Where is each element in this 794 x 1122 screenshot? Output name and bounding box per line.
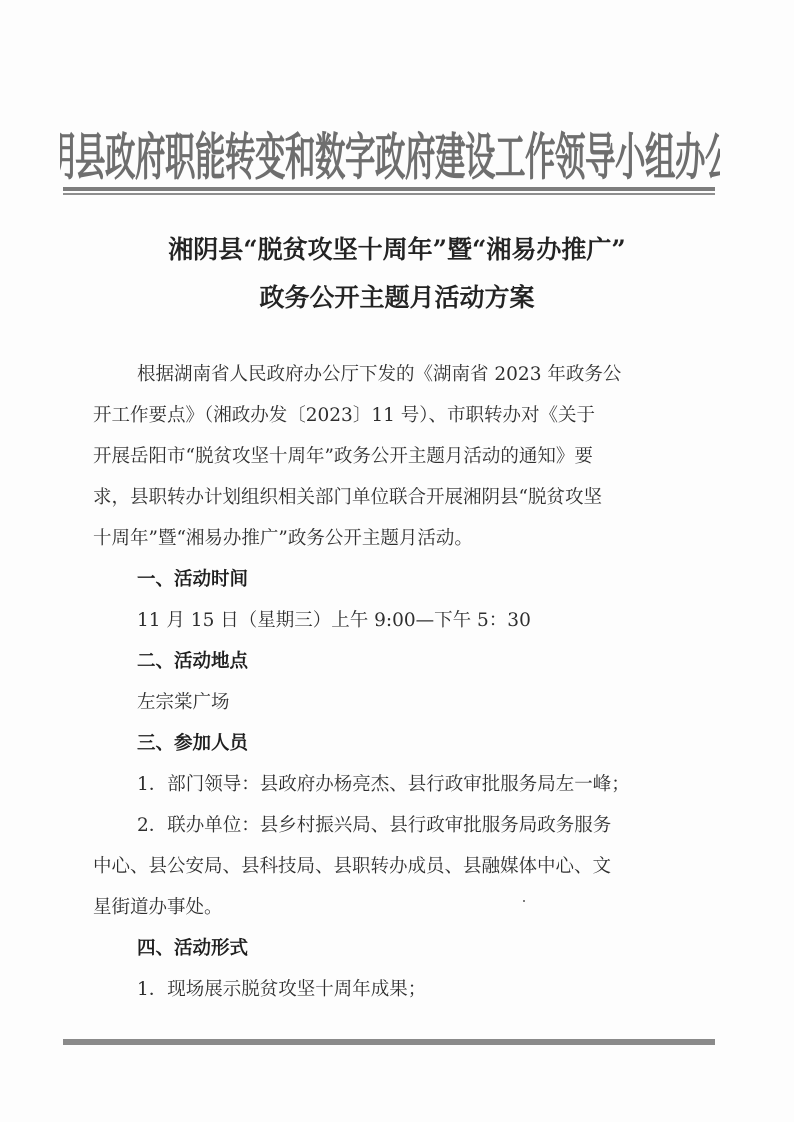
document-body: 根据湖南省人民政府办公厅下发的《湖南省 2023 年政务公 开工作要点》（湘政办… (93, 354, 703, 1010)
participants-item-continued: 星街道办事处。 (93, 887, 703, 928)
section-heading-participants: 三、参加人员 (93, 723, 703, 764)
letterhead-rule-thick (63, 187, 715, 191)
document-title-line-2: 政务公开主题月活动方案 (0, 278, 794, 314)
letterhead-org-name: 湘阴县政府职能转变和数字政府建设工作领导小组办公室 (60, 122, 720, 184)
format-item: 1．现场展示脱贫攻坚十周年成果； (93, 969, 703, 1010)
letterhead-rule-thin (63, 193, 715, 195)
section-heading-format: 四、活动形式 (93, 928, 703, 969)
intro-line: 根据湖南省人民政府办公厅下发的《湖南省 2023 年政务公 (93, 354, 703, 395)
participants-item: 1．部门领导：县政府办杨亮杰、县行政审批服务局左一峰； (93, 764, 703, 805)
letterhead-text: 湘阴县政府职能转变和数字政府建设工作领导小组办公室 (60, 122, 720, 184)
document-title-line-1: 湘阴县“脱贫攻坚十周年”暨“湘易办推广” (0, 230, 794, 266)
participants-item: 2．联办单位：县乡村振兴局、县行政审批服务局政务服务 (93, 805, 703, 846)
intro-line: 十周年”暨“湘易办推广”政务公开主题月活动。 (93, 518, 703, 559)
document-page: 湘阴县政府职能转变和数字政府建设工作领导小组办公室 湘阴县“脱贫攻坚十周年”暨“… (0, 0, 794, 1122)
section-heading-time: 一、活动时间 (93, 559, 703, 600)
section-time-text: 11 月 15 日（星期三）上午 9:00—下午 5：30 (93, 600, 703, 641)
intro-line: 开展岳阳市“脱贫攻坚十周年”政务公开主题月活动的通知》要 (93, 436, 703, 477)
section-location-text: 左宗棠广场 (93, 682, 703, 723)
footer-rule (63, 1039, 715, 1045)
scan-speck (523, 900, 525, 902)
intro-line: 求，县职转办计划组织相关部门单位联合开展湘阴县“脱贫攻坚 (93, 477, 703, 518)
participants-item-continued: 中心、县公安局、县科技局、县职转办成员、县融媒体中心、文 (93, 846, 703, 887)
intro-line: 开工作要点》（湘政办发〔2023〕11 号）、市职转办对《关于 (93, 395, 703, 436)
section-heading-location: 二、活动地点 (93, 641, 703, 682)
